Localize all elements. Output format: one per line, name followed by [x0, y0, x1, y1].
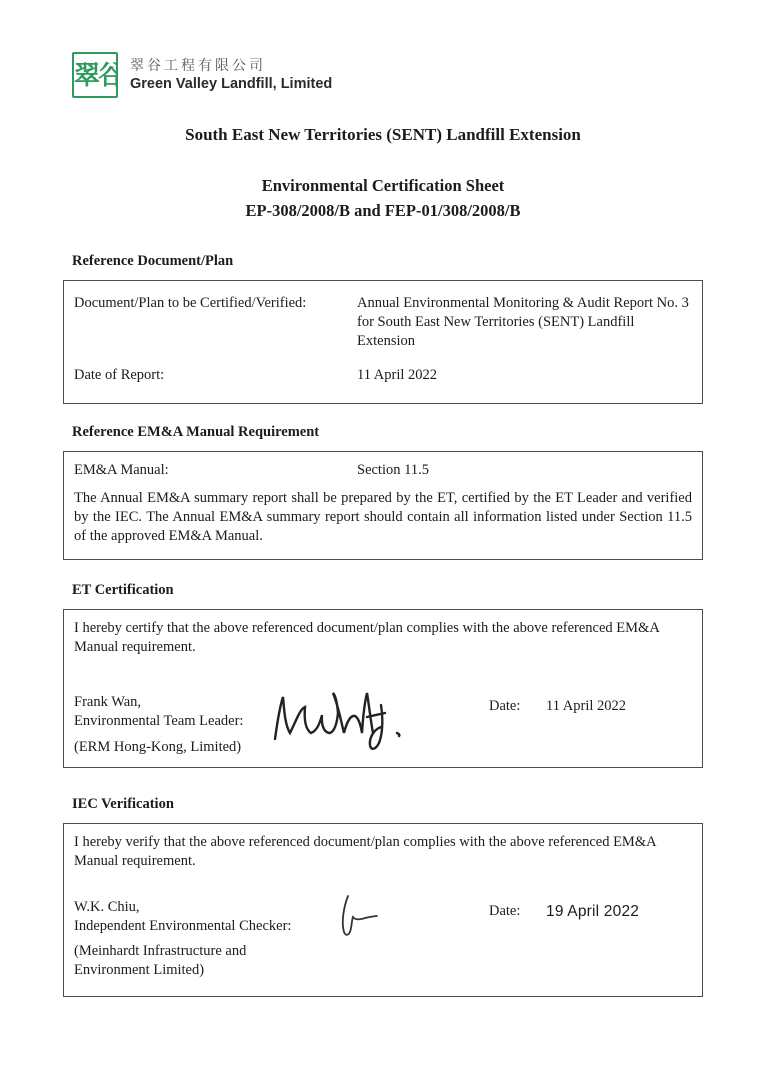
- company-name-english: Green Valley Landfill, Limited: [130, 75, 332, 95]
- section-heading-reference-document: Reference Document/Plan: [72, 253, 703, 270]
- iec-signature: [332, 890, 402, 946]
- date-of-report-value: 11 April 2022: [357, 366, 692, 385]
- et-signer-title: Environmental Team Leader:: [74, 712, 304, 731]
- table-row: Document/Plan to be Certified/Verified: …: [64, 281, 702, 351]
- table-row: Date of Report: 11 April 2022: [64, 351, 702, 402]
- iec-signature-area: W.K. Chiu, Independent Environmental Che…: [64, 898, 702, 997]
- date-of-report-label: Date of Report:: [74, 366, 357, 385]
- table-row: EM&A Manual: Section 11.5: [64, 452, 702, 480]
- iec-date-row: Date: 19 April 2022: [489, 902, 639, 922]
- ema-manual-value: Section 11.5: [357, 461, 692, 480]
- section-heading-manual-requirement: Reference EM&A Manual Requirement: [72, 424, 703, 441]
- document-plan-value: Annual Environmental Monitoring & Audit …: [357, 294, 692, 351]
- iec-date-value: 19 April 2022: [546, 902, 639, 922]
- et-certification-statement: I hereby certify that the above referenc…: [64, 610, 702, 657]
- sheet-title: Environmental Certification Sheet: [63, 176, 703, 196]
- permit-numbers: EP-308/2008/B and FEP-01/308/2008/B: [63, 201, 703, 221]
- company-header: 翠谷 翠谷工程有限公司 Green Valley Landfill, Limit…: [72, 52, 703, 98]
- et-date-value: 11 April 2022: [546, 697, 626, 716]
- manual-requirement-text: The Annual EM&A summary report shall be …: [64, 480, 702, 559]
- document-plan-label: Document/Plan to be Certified/Verified:: [74, 294, 357, 351]
- et-date-row: Date: 11 April 2022: [489, 697, 626, 716]
- section-heading-et-certification: ET Certification: [72, 582, 703, 599]
- et-certification-box: I hereby certify that the above referenc…: [63, 609, 703, 768]
- manual-requirement-box: EM&A Manual: Section 11.5 The Annual EM&…: [63, 451, 703, 561]
- et-date-label: Date:: [489, 697, 546, 716]
- certification-sheet-page: 翠谷 翠谷工程有限公司 Green Valley Landfill, Limit…: [0, 0, 766, 1083]
- iec-signer-block: W.K. Chiu, Independent Environmental Che…: [74, 898, 304, 981]
- iec-signer-title: Independent Environmental Checker:: [74, 917, 304, 936]
- green-valley-logo-icon: 翠谷: [72, 52, 118, 98]
- et-signature-area: Frank Wan, Environmental Team Leader: (E…: [64, 693, 702, 766]
- et-signer-company: (ERM Hong-Kong, Limited): [74, 738, 304, 757]
- reference-document-box: Document/Plan to be Certified/Verified: …: [63, 280, 703, 404]
- iec-signer-name: W.K. Chiu,: [74, 898, 304, 917]
- company-name-chinese: 翠谷工程有限公司: [130, 55, 332, 75]
- et-signer-block: Frank Wan, Environmental Team Leader: (E…: [74, 693, 304, 756]
- iec-signer-company: (Meinhardt Infrastructure and Environmen…: [74, 942, 304, 980]
- company-name-block: 翠谷工程有限公司 Green Valley Landfill, Limited: [130, 55, 332, 95]
- et-signer-name: Frank Wan,: [74, 693, 304, 712]
- iec-date-label: Date:: [489, 902, 546, 922]
- ema-manual-label: EM&A Manual:: [74, 461, 357, 480]
- section-heading-iec-verification: IEC Verification: [72, 796, 703, 813]
- iec-verification-box: I hereby verify that the above reference…: [63, 823, 703, 998]
- iec-verification-statement: I hereby verify that the above reference…: [64, 824, 702, 871]
- project-title: South East New Territories (SENT) Landfi…: [63, 125, 703, 145]
